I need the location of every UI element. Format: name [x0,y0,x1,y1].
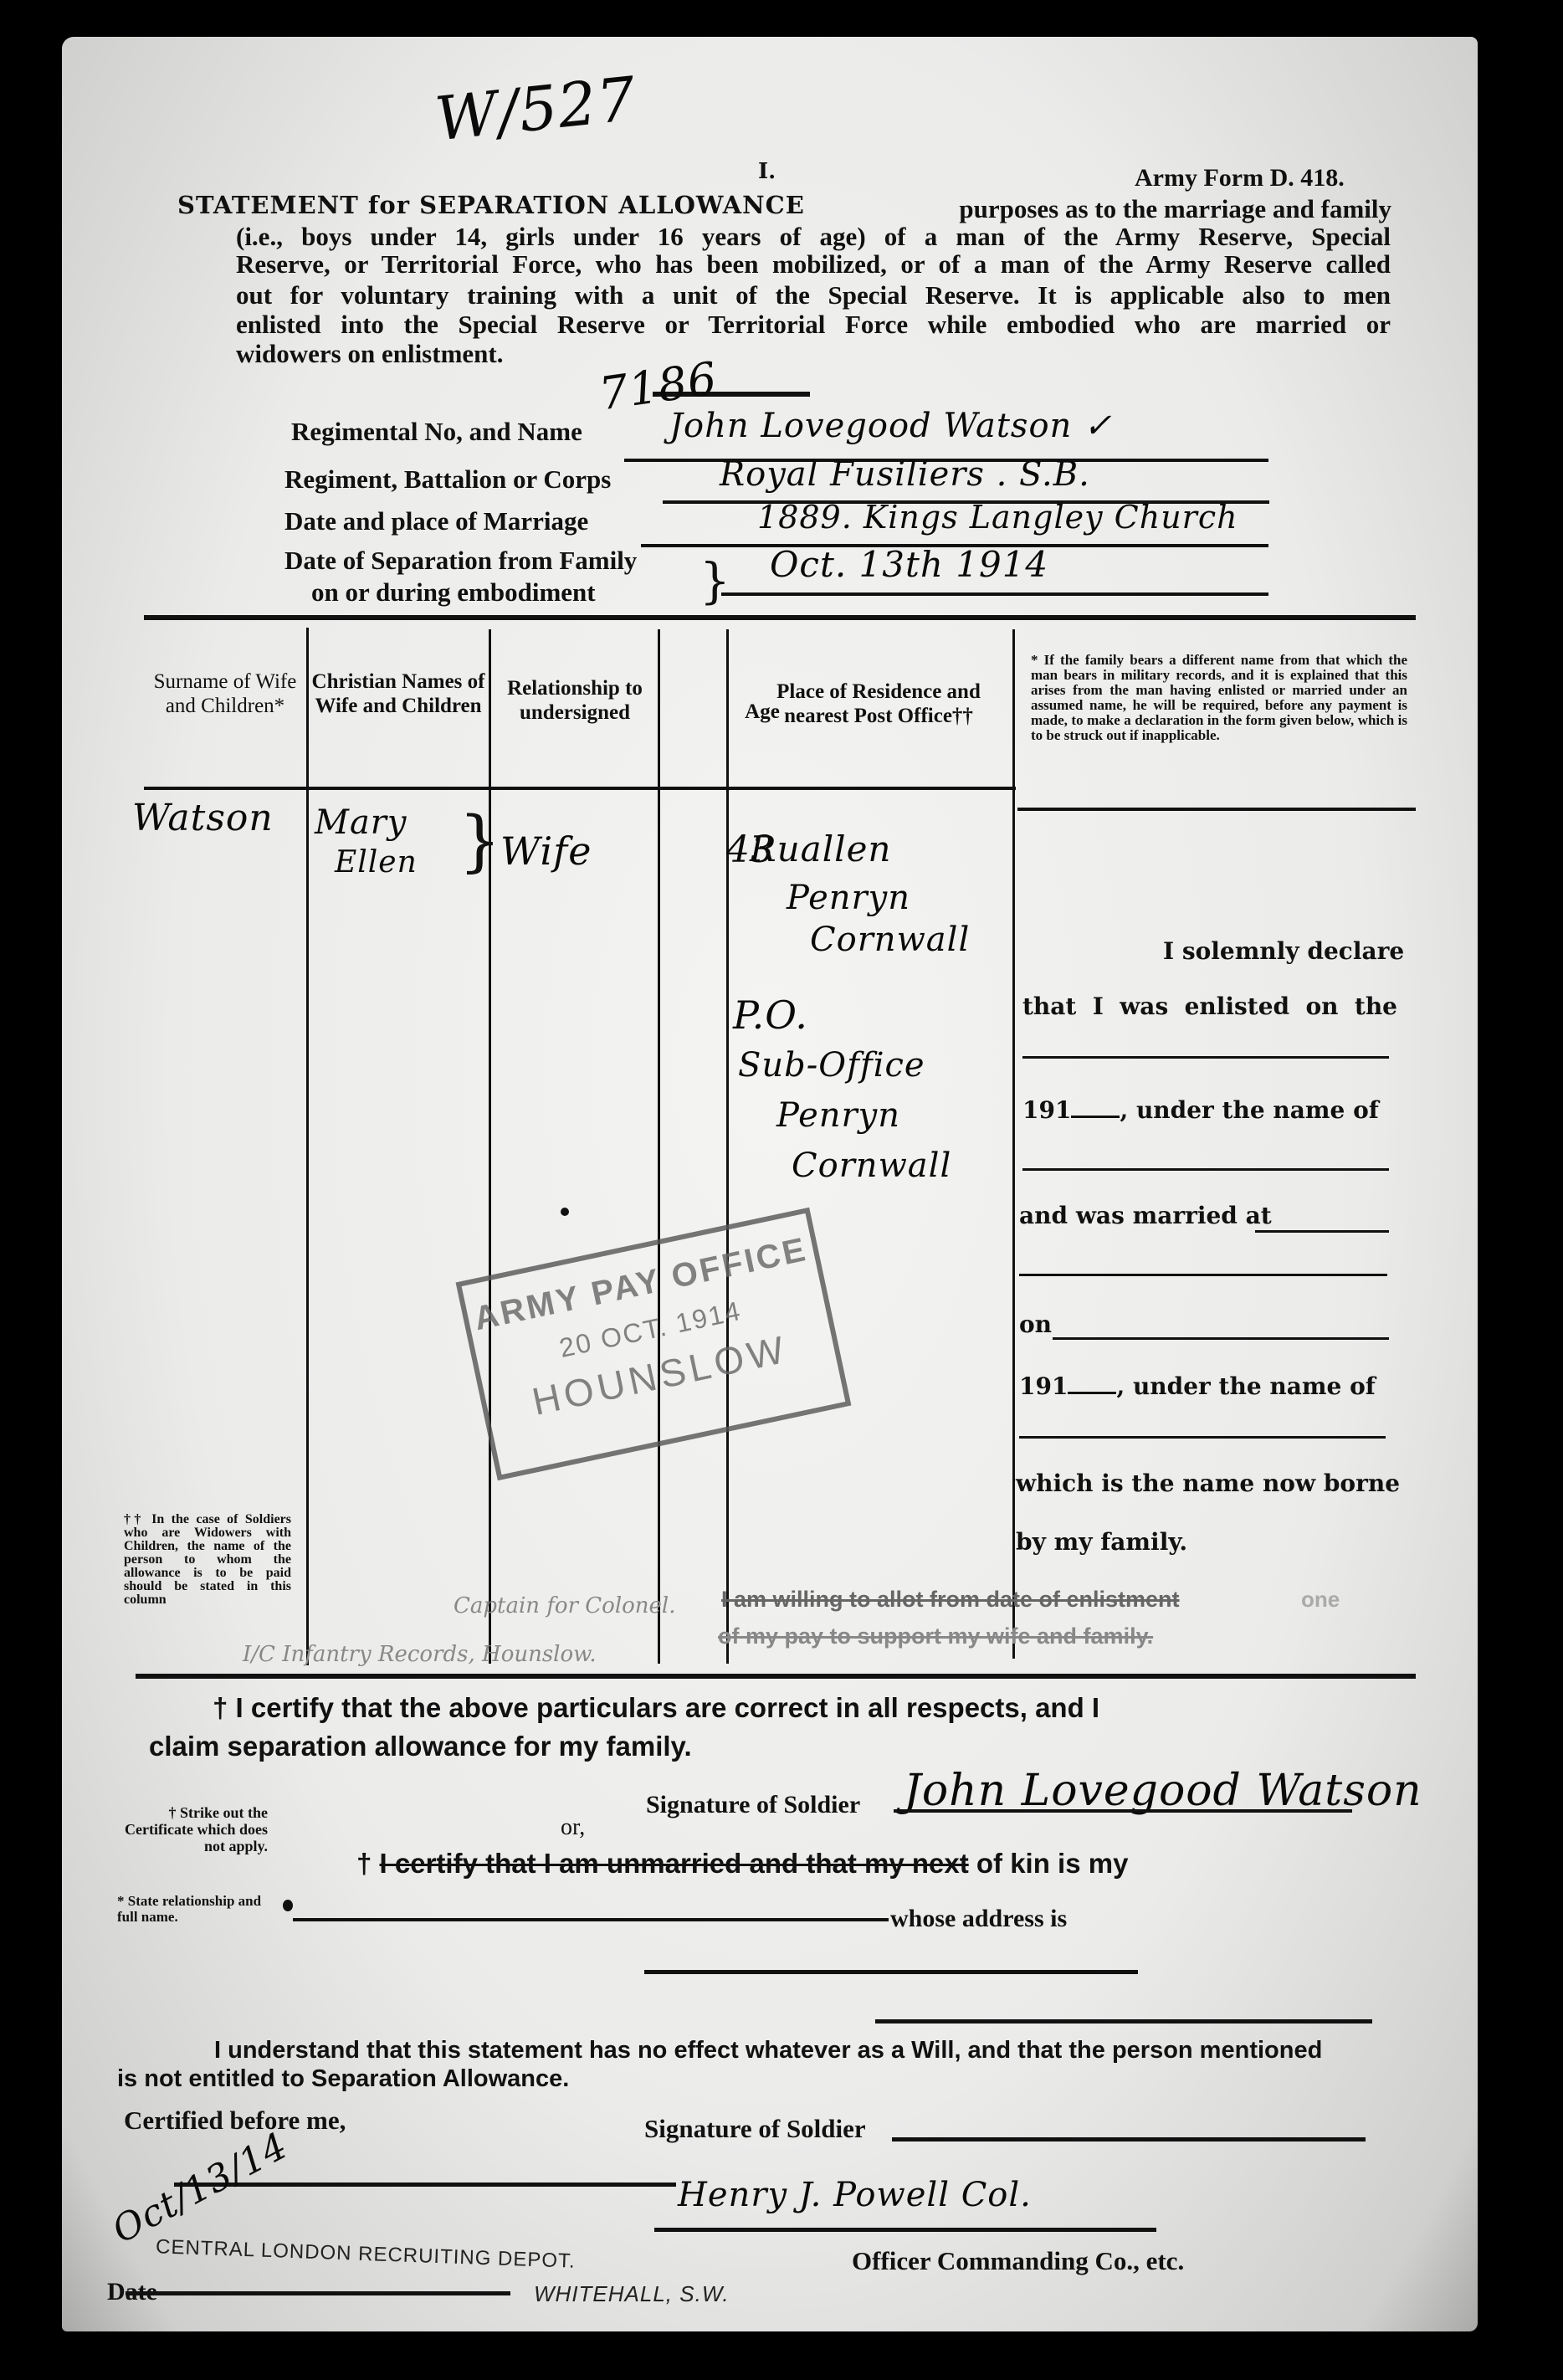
declaration-line-5: on [1019,1311,1052,1338]
form-page [62,37,1478,2331]
cell-relationship: Wife [500,828,592,874]
cell-post-office-3: Penryn [776,1096,900,1135]
enlisted-name-field[interactable] [1022,1168,1389,1171]
widower-footnote: †† In the case of Soldiers who are Widow… [124,1513,291,1607]
column-divider-3 [658,629,660,1664]
cell-post-office-4: Cornwall [792,1146,951,1185]
table-bottom-rule [136,1674,1416,1679]
captain-stamp: Captain for Colonel. [454,1593,676,1618]
married-name-field[interactable] [1019,1436,1386,1439]
form-number: Army Form D. 418. [1135,164,1345,192]
cell-post-office-2: Sub-Office [738,1046,925,1085]
records-stamp: I/C Infantry Records, Hounslow. [243,1642,597,1667]
enlisted-date-field[interactable] [1022,1056,1389,1059]
cell-surname: Watson [132,797,274,839]
separation-label-2: on or during embodiment [311,577,596,608]
separation-label-1: Date of Separation from Family [284,546,637,576]
allotment-line-1: I am willing to allot from date of enlis… [721,1587,1180,1613]
column-divider-2 [489,629,491,1664]
certify-line-1: † I certify that the above particulars a… [213,1692,1099,1724]
signature-label: Signature of Soldier [646,1791,860,1819]
intro-line-4: out for voluntary training with a unit o… [236,280,1391,310]
soldier-name-value: John Lovegood Watson ✓ [669,407,1113,445]
bullet-icon [283,1900,293,1911]
separation-rule [721,592,1268,596]
married-at-field[interactable] [1255,1230,1389,1233]
will-note-line-1: I understand that this statement has no … [214,2037,1322,2065]
will-note-line-2: is not entitled to Separation Allowance. [117,2065,569,2093]
regimental-no-label: Regimental No, and Name [291,417,582,447]
regiment-label: Regiment, Battalion or Corps [284,464,611,495]
regiment-value: Royal Fusiliers . S.B. [720,455,1090,494]
intro-line-6: widowers on enlistment. [236,339,503,369]
soldier-signature[interactable]: John Lovegood Watson [904,1766,1422,1816]
signature-rule [894,1809,1352,1813]
officer-signature-rule [654,2228,1156,2232]
declaration-line-1: I solemnly declare [1163,937,1404,965]
officer-signature[interactable]: Henry J. Powell Col. [678,2176,1032,2214]
cell-residence-1: Ruallen [750,828,891,869]
column-divider-4 [726,629,729,1664]
alt-certify-line: † I certify that I am unmarried and that… [356,1848,1128,1880]
or-label: or, [561,1814,585,1841]
signature-label-2: Signature of Soldier [644,2114,866,2144]
header-surname: Surname of Wife and Children* [147,669,303,718]
declaration-line-2: that I was enlisted on the [1022,993,1397,1020]
signature-field-2[interactable] [892,2137,1366,2141]
column-divider-5 [1012,629,1015,1659]
separation-value: Oct. 13th 1914 [770,544,1048,585]
form-title: STATEMENT for SEPARATION ALLOWANCE [177,191,805,219]
marriage-value: 1889. Kings Langley Church [757,499,1238,536]
cell-residence-3: Cornwall [810,921,970,959]
declaration-line-7: which is the name now borne [1016,1470,1400,1497]
whose-address-label: whose address is [890,1905,1067,1933]
cell-christian-name-2: Ellen [335,845,418,880]
depot-stamp-2: WHITEHALL, S.W. [534,2281,730,2307]
address-field-2[interactable] [875,2019,1372,2024]
note-bottom-rule [1017,808,1416,811]
intro-line-5: enlisted into the Special Reserve or Ter… [236,310,1391,340]
declaration-line-8: by my family. [1016,1528,1187,1556]
marriage-label: Date and place of Marriage [284,506,588,536]
allotment-amount: one [1301,1587,1340,1613]
certified-before-label: Certified before me, [124,2106,346,2136]
state-relationship-note: * State relationship and full name. [117,1893,268,1925]
cell-christian-name-1: Mary [315,803,407,842]
surname-footnote: * If the family bears a different name f… [1031,653,1407,743]
brace-icon: } [459,803,501,879]
table-top-rule [144,615,1416,620]
declaration-line-4: and was married at [1019,1202,1272,1229]
section-number: I. [758,159,776,184]
ink-dot [561,1208,569,1216]
intro-line-2: (i.e., boys under 14, girls under 16 yea… [236,222,1391,252]
date-field[interactable] [126,2291,510,2295]
intro-line-1: purposes as to the marriage and family [873,194,1391,224]
header-residence: Place of Residence and nearest Post Offi… [753,680,1004,728]
allotment-line-2: of my pay to support my wife and family. [718,1623,1153,1649]
next-of-kin-field[interactable] [293,1918,889,1921]
officer-commanding-label: Officer Commanding Co., etc. [852,2246,1184,2276]
married-on-field[interactable] [1053,1337,1389,1340]
header-christian-names: Christian Names of Wife and Children [310,669,487,718]
declaration-year-1: 191, under the name of [1022,1096,1379,1124]
address-field-1[interactable] [644,1970,1138,1974]
married-at-field-2[interactable] [1019,1274,1387,1276]
strike-out-note: † Strike out the Certificate which does … [117,1804,268,1854]
table-header-rule [144,787,1016,790]
certify-line-2: claim separation allowance for my family… [149,1731,692,1762]
cell-residence-2: Penryn [787,879,910,917]
brace-icon: } [700,552,730,609]
cell-post-office-1: P.O. [733,993,808,1038]
column-divider-1 [306,628,309,1665]
header-relationship: Relationship to undersigned [494,676,656,725]
declaration-year-2: 191, under the name of [1019,1372,1376,1400]
intro-line-3: Reserve, or Territorial Force, who has b… [236,249,1391,280]
